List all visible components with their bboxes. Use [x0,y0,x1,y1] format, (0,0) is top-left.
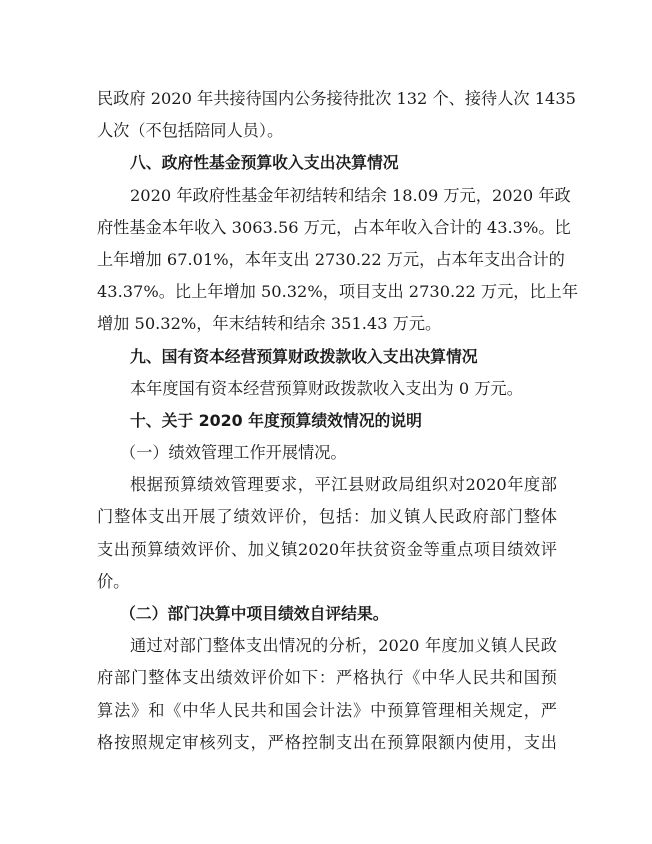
body-line: 人次（不包括陪同人员）。 [97,115,557,147]
document-page: 民政府 2020 年共接待国内公务接待批次 132 个、接待人次 1435 人次… [97,83,557,759]
body-line: 算法》和《中华人民共和国会计法》中预算管理相关规定，严 [97,695,557,727]
body-line: 门整体支出开展了绩效评价，包括：加义镇人民政府部门整体 [97,501,557,533]
section-heading-8: 八、政府性基金预算收入支出决算情况 [97,147,557,179]
subsection-heading-2: （二）部门决算中项目绩效自评结果。 [97,598,557,630]
body-line: 格按照规定审核列支，严格控制支出在预算限额内使用，支出 [97,727,557,759]
body-line: 通过对部门整体支出情况的分析，2020 年度加义镇人民政 [97,630,557,662]
body-line: 支出预算绩效评价、加义镇2020年扶贫资金等重点项目绩效评 [97,534,557,566]
body-line: 根据预算绩效管理要求，平江县财政局组织对2020年度部 [97,469,557,501]
body-line: 价。 [97,566,557,598]
body-line: 上年增加 67.01%，本年支出 2730.22 万元，占本年支出合计的 [97,244,557,276]
body-line: 2020 年政府性基金年初结转和结余 18.09 万元，2020 年政 [97,180,557,212]
body-line: 43.37%。比上年增加 50.32%，项目支出 2730.22 万元，比上年 [97,276,557,308]
section-heading-10: 十、关于 2020 年度预算绩效情况的说明 [97,405,557,437]
section-heading-9: 九、国有资本经营预算财政拨款收入支出决算情况 [97,341,557,373]
subsection-heading-1: （一）绩效管理工作开展情况。 [97,437,557,469]
body-line: 府性基金本年收入 3063.56 万元，占本年收入合计的 43.3%。比 [97,212,557,244]
body-line: 民政府 2020 年共接待国内公务接待批次 132 个、接待人次 1435 [97,83,557,115]
body-line: 府部门整体支出绩效评价如下：严格执行《中华人民共和国预 [97,662,557,694]
body-line: 本年度国有资本经营预算财政拨款收入支出为 0 万元。 [97,373,557,405]
body-line: 增加 50.32%，年末结转和结余 351.43 万元。 [97,308,557,340]
